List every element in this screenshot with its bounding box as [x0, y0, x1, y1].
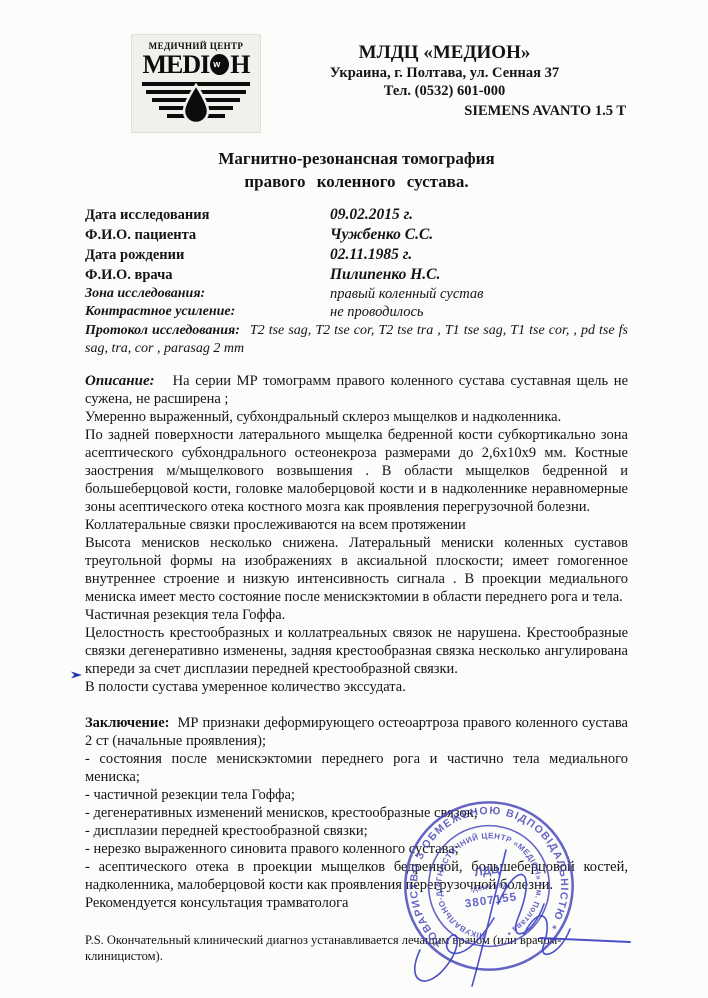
logo-wings-drop-icon [142, 80, 250, 124]
conclusion-item: - асептического отека в проекции мыщелко… [85, 858, 628, 894]
field-label: Зона исследования: [85, 285, 330, 303]
description-paragraph: Целостность крестообразных и коллатреаль… [85, 624, 628, 678]
field-value: 02.11.1985 г. [330, 245, 412, 265]
field-label: Ф.И.О. пациента [85, 225, 330, 245]
recommendation-line: Рекомендуется консультация трамватолога [85, 894, 628, 912]
letterhead: МЕДИЧНИЙ ЦЕНТР MEDIwH МЛДЦ «МЕДИОН» Укра… [85, 34, 628, 133]
field-row-study-zone: Зона исследования: правый коленный суста… [85, 285, 628, 303]
description-paragraph: По задней поверхности латерального мыщел… [85, 426, 628, 516]
scanner-model: SIEMENS AVANTO 1.5 T [261, 103, 628, 120]
conclusion-intro: Заключение:МР признаки деформирующего ос… [85, 714, 628, 750]
field-row-doctor-name: Ф.И.О. врача Пилипенко Н.С. [85, 265, 628, 285]
field-value: 09.02.2015 г. [330, 205, 413, 225]
description-paragraph: Высота менисков несколько снижена. Латер… [85, 534, 628, 606]
field-value: правый коленный сустав [330, 285, 483, 303]
patient-fields: Дата исследования 09.02.2015 г. Ф.И.О. п… [85, 205, 628, 358]
logo-pulse-icon: w [210, 54, 229, 75]
logo-wordmark-left: MEDI [142, 51, 209, 78]
description-section: Описание:На серии МР томограмм правого к… [85, 372, 628, 696]
conclusion-section: Заключение:МР признаки деформирующего ос… [85, 714, 628, 912]
field-row-birth-date: Дата рождении 02.11.1985 г. [85, 245, 628, 265]
field-value: Пилипенко Н.С. [330, 265, 440, 285]
conclusion-label: Заключение: [85, 715, 170, 731]
description-paragraph: Частичная резекция тела Гоффа. [85, 606, 628, 624]
field-row-study-date: Дата исследования 09.02.2015 г. [85, 205, 628, 225]
description-paragraph: Умеренно выраженный, субхондральный скле… [85, 408, 628, 426]
mri-report-page: МЕДИЧНИЙ ЦЕНТР MEDIwH МЛДЦ «МЕДИОН» Укра… [0, 0, 708, 998]
field-value: Чужбенко С.С. [330, 225, 433, 245]
report-title-line1: Магнитно-резонансная томография [85, 147, 628, 170]
field-row-patient-name: Ф.И.О. пациента Чужбенко С.С. [85, 225, 628, 245]
conclusion-item: - состояния после менискэктомии переднег… [85, 750, 628, 786]
clinic-phone: Тел. (0532) 601-000 [261, 83, 628, 100]
field-label: Дата рождении [85, 245, 330, 265]
conclusion-item: - нерезко выраженного синовита правого к… [85, 840, 628, 858]
report-title-line2: правого коленного сустава. [85, 170, 628, 193]
logo-wordmark: MEDIwH [136, 51, 256, 78]
conclusion-item: - дисплазии передней крестообразной связ… [85, 822, 628, 840]
conclusion-item: - дегенеративных изменений менисков, кре… [85, 804, 628, 822]
description-paragraph: Коллатеральные связки прослеживаются на … [85, 516, 628, 534]
description-label: Описание: [85, 373, 155, 389]
clinic-header-block: МЛДЦ «МЕДИОН» Украина, г. Полтава, ул. С… [261, 34, 628, 120]
field-row-contrast: Контрастное усиление: не проводилось [85, 303, 628, 321]
clinic-address: Украина, г. Полтава, ул. Сенная 37 [261, 65, 628, 82]
ps-note: P.S. Окончательный клинический диагноз у… [85, 932, 628, 964]
field-label: Ф.И.О. врача [85, 265, 330, 285]
medion-logo: МЕДИЧНИЙ ЦЕНТР MEDIwH [131, 34, 261, 133]
field-label: Дата исследования [85, 205, 330, 225]
description-text: На серии МР томограмм правого коленного … [85, 373, 628, 407]
field-label: Контрастное усиление: [85, 303, 330, 321]
protocol-line: Протокол исследования:T2 tse sag, T2 tse… [85, 322, 628, 358]
conclusion-item: - частичной резекции тела Гоффа; [85, 786, 628, 804]
cursor-arrow-icon [71, 669, 85, 681]
report-title: Магнитно-резонансная томография правого … [85, 147, 628, 193]
field-value: не проводилось [330, 303, 424, 321]
protocol-label: Протокол исследования: [85, 323, 240, 338]
clinic-name: МЛДЦ «МЕДИОН» [261, 42, 628, 64]
logo-wordmark-right: H [230, 51, 249, 78]
description-paragraph: Описание:На серии МР томограмм правого к… [85, 372, 628, 408]
description-paragraph: В полости сустава умеренное количество э… [85, 678, 628, 696]
